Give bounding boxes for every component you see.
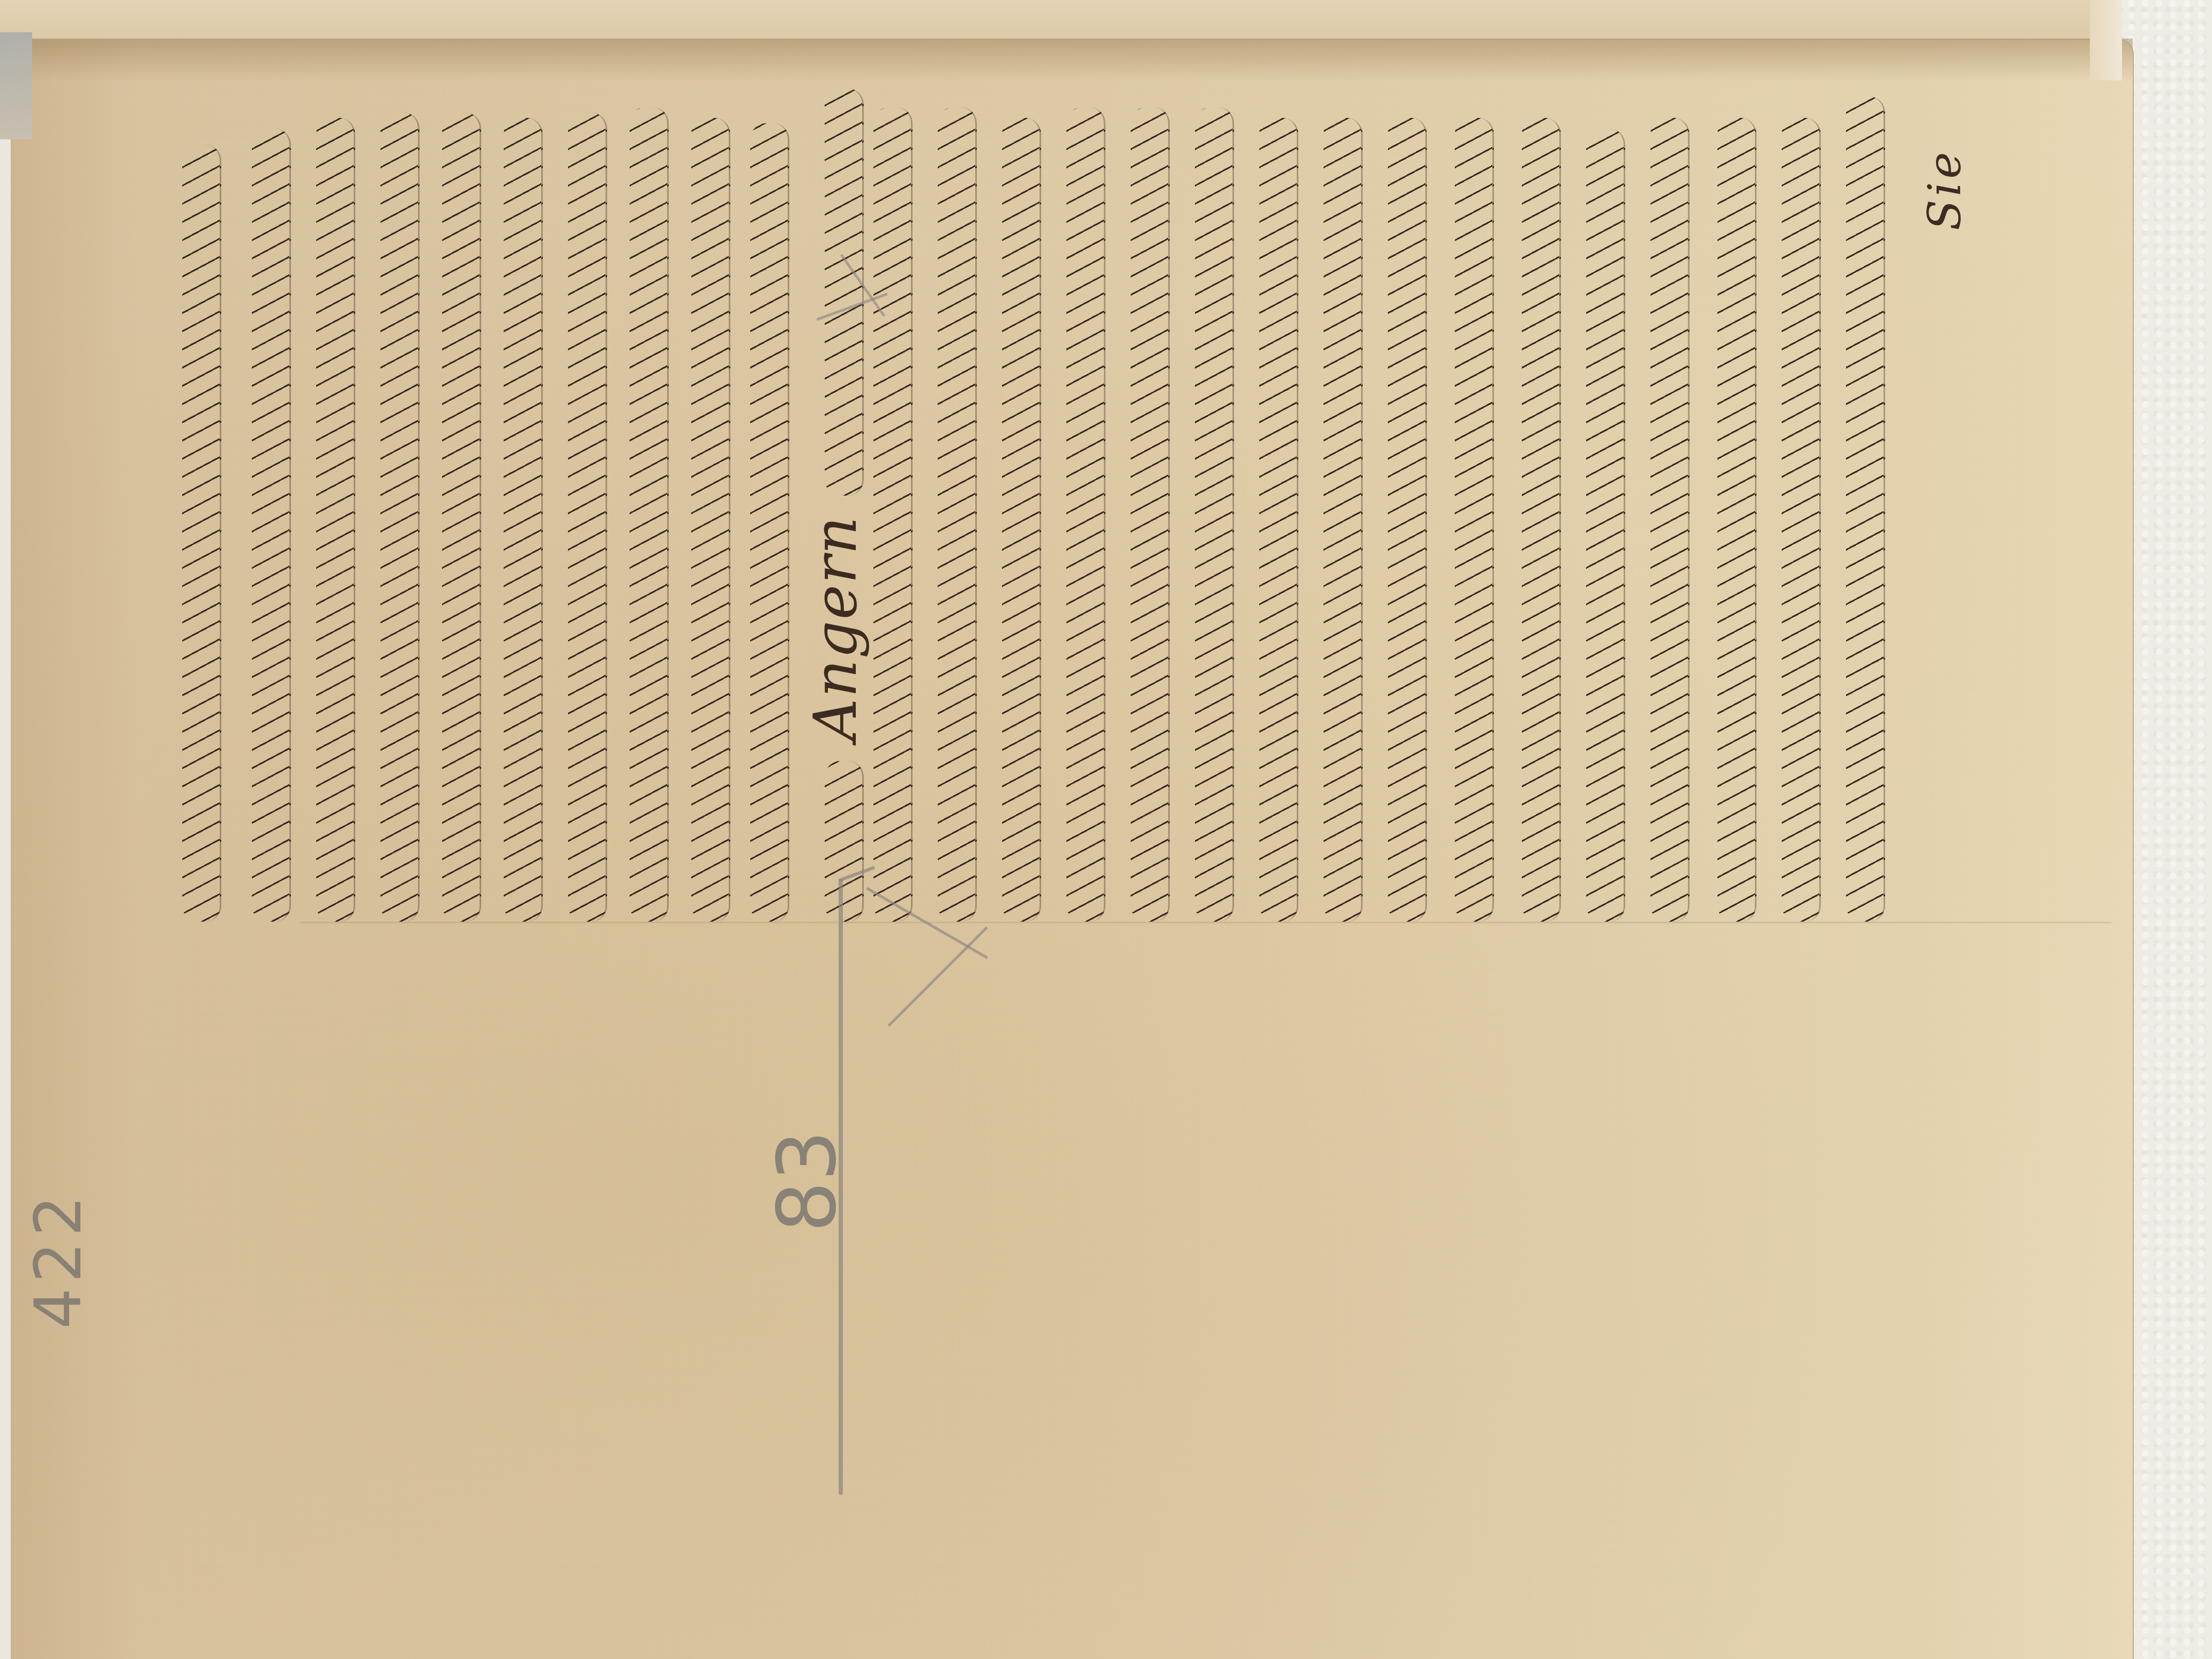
handwritten-line	[431, 113, 484, 922]
handwritten-line	[1377, 118, 1430, 922]
handwritten-line	[305, 118, 358, 922]
pencil-bracket-line	[839, 879, 843, 1495]
binding-shadow	[11, 39, 2133, 81]
handwritten-line	[863, 107, 915, 922]
handwritten-line	[1575, 129, 1628, 922]
paper-crease	[300, 922, 2111, 923]
handwritten-line	[1511, 118, 1564, 922]
folio-number: 422	[21, 1190, 96, 1329]
handwritten-line	[493, 118, 545, 922]
handwritten-line	[1249, 118, 1301, 922]
handwritten-line	[1640, 118, 1692, 922]
handwritten-line	[1771, 118, 1824, 922]
handwritten-line: Angern	[801, 88, 870, 922]
adjacent-page-edge	[0, 0, 2122, 40]
handwritten-line	[1313, 118, 1365, 922]
page-corner	[2090, 0, 2122, 80]
handwritten-line	[1056, 107, 1108, 922]
binding-edge	[0, 32, 32, 139]
handwritten-line	[927, 107, 980, 922]
handwritten-line	[619, 107, 671, 922]
legible-word: Angern	[801, 496, 870, 761]
handwritten-line	[1184, 107, 1237, 922]
handwritten-line	[171, 145, 224, 922]
handwritten-line	[370, 113, 422, 922]
handwritten-line	[1707, 118, 1759, 922]
handwritten-line	[1120, 107, 1172, 922]
handwritten-line	[241, 129, 294, 922]
handwritten-line	[681, 118, 733, 922]
handwritten-line	[991, 118, 1044, 922]
handwritten-line	[1444, 118, 1497, 922]
handwritten-line	[739, 123, 792, 922]
handwritten-line: Sie	[1918, 149, 1971, 230]
handwritten-line	[557, 113, 610, 922]
handwritten-line	[1835, 96, 1888, 922]
